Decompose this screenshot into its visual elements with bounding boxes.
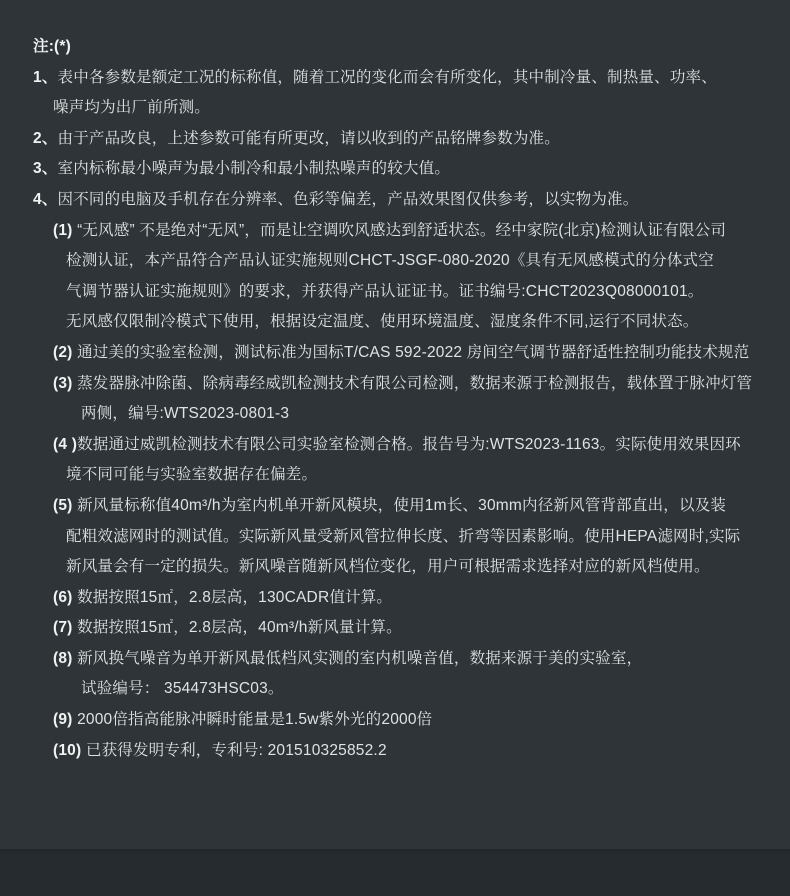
primary-notes-list: 1、表中各参数是额定工况的标称值，随着工况的变化而会有所变化，其中制冷量、制热量… xyxy=(0,63,790,216)
note-line-continuation: 新风量会有一定的损失。新风噪音随新风档位变化，用户可根据需求选择对应的新风档使用… xyxy=(0,552,790,583)
note-line-continuation: 检测认证，本产品符合产品认证实施规则CHCT-JSGF-080-2020《具有无… xyxy=(0,246,790,277)
note-item: (5) 新风量标称值40m³/h为室内机单开新风模块，使用1m长、30mm内径新… xyxy=(0,491,790,583)
note-item: (2) 通过美的实验室检测，测试标准为国标T/CAS 592-2022 房间空气… xyxy=(0,338,790,369)
note-line-continuation: 噪声均为出厂前所测。 xyxy=(0,93,790,124)
note-line-first: (10) 已获得发明专利，专利号: 201510325852.2 xyxy=(0,736,790,767)
note-line-first: (3) 蒸发器脉冲除菌、除病毒经威凯检测技术有限公司检测，数据来源于检测报告，载… xyxy=(0,369,790,400)
note-item: (8) 新风换气噪音为单开新风最低档风实测的室内机噪音值，数据来源于美的实验室，… xyxy=(0,644,790,705)
note-line-continuation: 境不同可能与实验室数据存在偏差。 xyxy=(0,460,790,491)
note-marker: (7) xyxy=(53,619,77,636)
note-item: (4 )数据通过威凯检测技术有限公司实验室检测合格。报告号为:WTS2023-1… xyxy=(0,430,790,491)
note-line-first: 4、因不同的电脑及手机存在分辨率、色彩等偏差，产品效果图仅供参考，以实物为准。 xyxy=(0,185,790,216)
note-marker: (3) xyxy=(53,375,77,392)
note-line-first: (6) 数据按照15㎡，2.8层高，130CADR值计算。 xyxy=(0,583,790,614)
note-line-first: (4 )数据通过威凯检测技术有限公司实验室检测合格。报告号为:WTS2023-1… xyxy=(0,430,790,461)
note-line-continuation: 两侧，编号:WTS2023-0801-3 xyxy=(0,399,790,430)
note-marker: (4 ) xyxy=(53,436,77,453)
note-marker: (10) xyxy=(53,742,86,759)
note-item: 3、室内标称最小噪声为最小制冷和最小制热噪声的较大值。 xyxy=(0,154,790,185)
note-marker: (5) xyxy=(53,497,77,514)
note-marker: (2) xyxy=(53,344,77,361)
note-item: (1) “无风感” 不是绝对“无风”，而是让空调吹风感达到舒适状态。经中家院(北… xyxy=(0,216,790,338)
note-line-continuation: 试验编号： 354473HSC03。 xyxy=(0,674,790,705)
note-line-continuation: 配粗效滤网时的测试值。实际新风量受新风管拉伸长度、折弯等因素影响。使用HEPA滤… xyxy=(0,522,790,553)
note-marker: 2、 xyxy=(33,130,58,147)
note-marker: 4、 xyxy=(33,191,58,208)
notes-header: 注:(*) xyxy=(0,32,790,63)
note-line-first: (9) 2000倍指高能脉冲瞬时能量是1.5w紫外光的2000倍 xyxy=(0,705,790,736)
note-item: (7) 数据按照15㎡，2.8层高，40m³/h新风量计算。 xyxy=(0,613,790,644)
note-line-first: (5) 新风量标称值40m³/h为室内机单开新风模块，使用1m长、30mm内径新… xyxy=(0,491,790,522)
notes-content: 注:(*) 1、表中各参数是额定工况的标称值，随着工况的变化而会有所变化，其中制… xyxy=(0,32,790,766)
note-marker: 1、 xyxy=(33,69,58,86)
note-marker: (9) xyxy=(53,711,77,728)
note-line-first: (7) 数据按照15㎡，2.8层高，40m³/h新风量计算。 xyxy=(0,613,790,644)
note-item: 2、由于产品改良，上述参数可能有所更改，请以收到的产品铭牌参数为准。 xyxy=(0,124,790,155)
sub-notes-list: (1) “无风感” 不是绝对“无风”，而是让空调吹风感达到舒适状态。经中家院(北… xyxy=(0,216,790,767)
note-item: (10) 已获得发明专利，专利号: 201510325852.2 xyxy=(0,736,790,767)
note-marker: (8) xyxy=(53,650,77,667)
note-item: (9) 2000倍指高能脉冲瞬时能量是1.5w紫外光的2000倍 xyxy=(0,705,790,736)
note-item: 4、因不同的电脑及手机存在分辨率、色彩等偏差，产品效果图仅供参考，以实物为准。 xyxy=(0,185,790,216)
note-line-first: (8) 新风换气噪音为单开新风最低档风实测的室内机噪音值，数据来源于美的实验室， xyxy=(0,644,790,675)
note-item: (6) 数据按照15㎡，2.8层高，130CADR值计算。 xyxy=(0,583,790,614)
note-line-first: 1、表中各参数是额定工况的标称值，随着工况的变化而会有所变化，其中制冷量、制热量… xyxy=(0,63,790,94)
note-marker: 3、 xyxy=(33,160,58,177)
note-item: (3) 蒸发器脉冲除菌、除病毒经威凯检测技术有限公司检测，数据来源于检测报告，载… xyxy=(0,369,790,430)
note-marker: (1) xyxy=(53,222,77,239)
note-marker: (6) xyxy=(53,589,77,606)
note-line-first: (1) “无风感” 不是绝对“无风”，而是让空调吹风感达到舒适状态。经中家院(北… xyxy=(0,216,790,247)
note-line-continuation: 无风感仅限制冷模式下使用，根据设定温度、使用环境温度、湿度条件不同,运行不同状态… xyxy=(0,307,790,338)
note-item: 1、表中各参数是额定工况的标称值，随着工况的变化而会有所变化，其中制冷量、制热量… xyxy=(0,63,790,124)
note-line-first: 3、室内标称最小噪声为最小制冷和最小制热噪声的较大值。 xyxy=(0,154,790,185)
notes-page: 注:(*) 1、表中各参数是额定工况的标称值，随着工况的变化而会有所变化，其中制… xyxy=(0,0,790,896)
note-line-first: (2) 通过美的实验室检测，测试标准为国标T/CAS 592-2022 房间空气… xyxy=(0,338,790,369)
note-line-continuation: 气调节器认证实施规则》的要求，并获得产品认证证书。证书编号:CHCT2023Q0… xyxy=(0,277,790,308)
note-line-first: 2、由于产品改良，上述参数可能有所更改，请以收到的产品铭牌参数为准。 xyxy=(0,124,790,155)
footer-band xyxy=(0,852,790,896)
